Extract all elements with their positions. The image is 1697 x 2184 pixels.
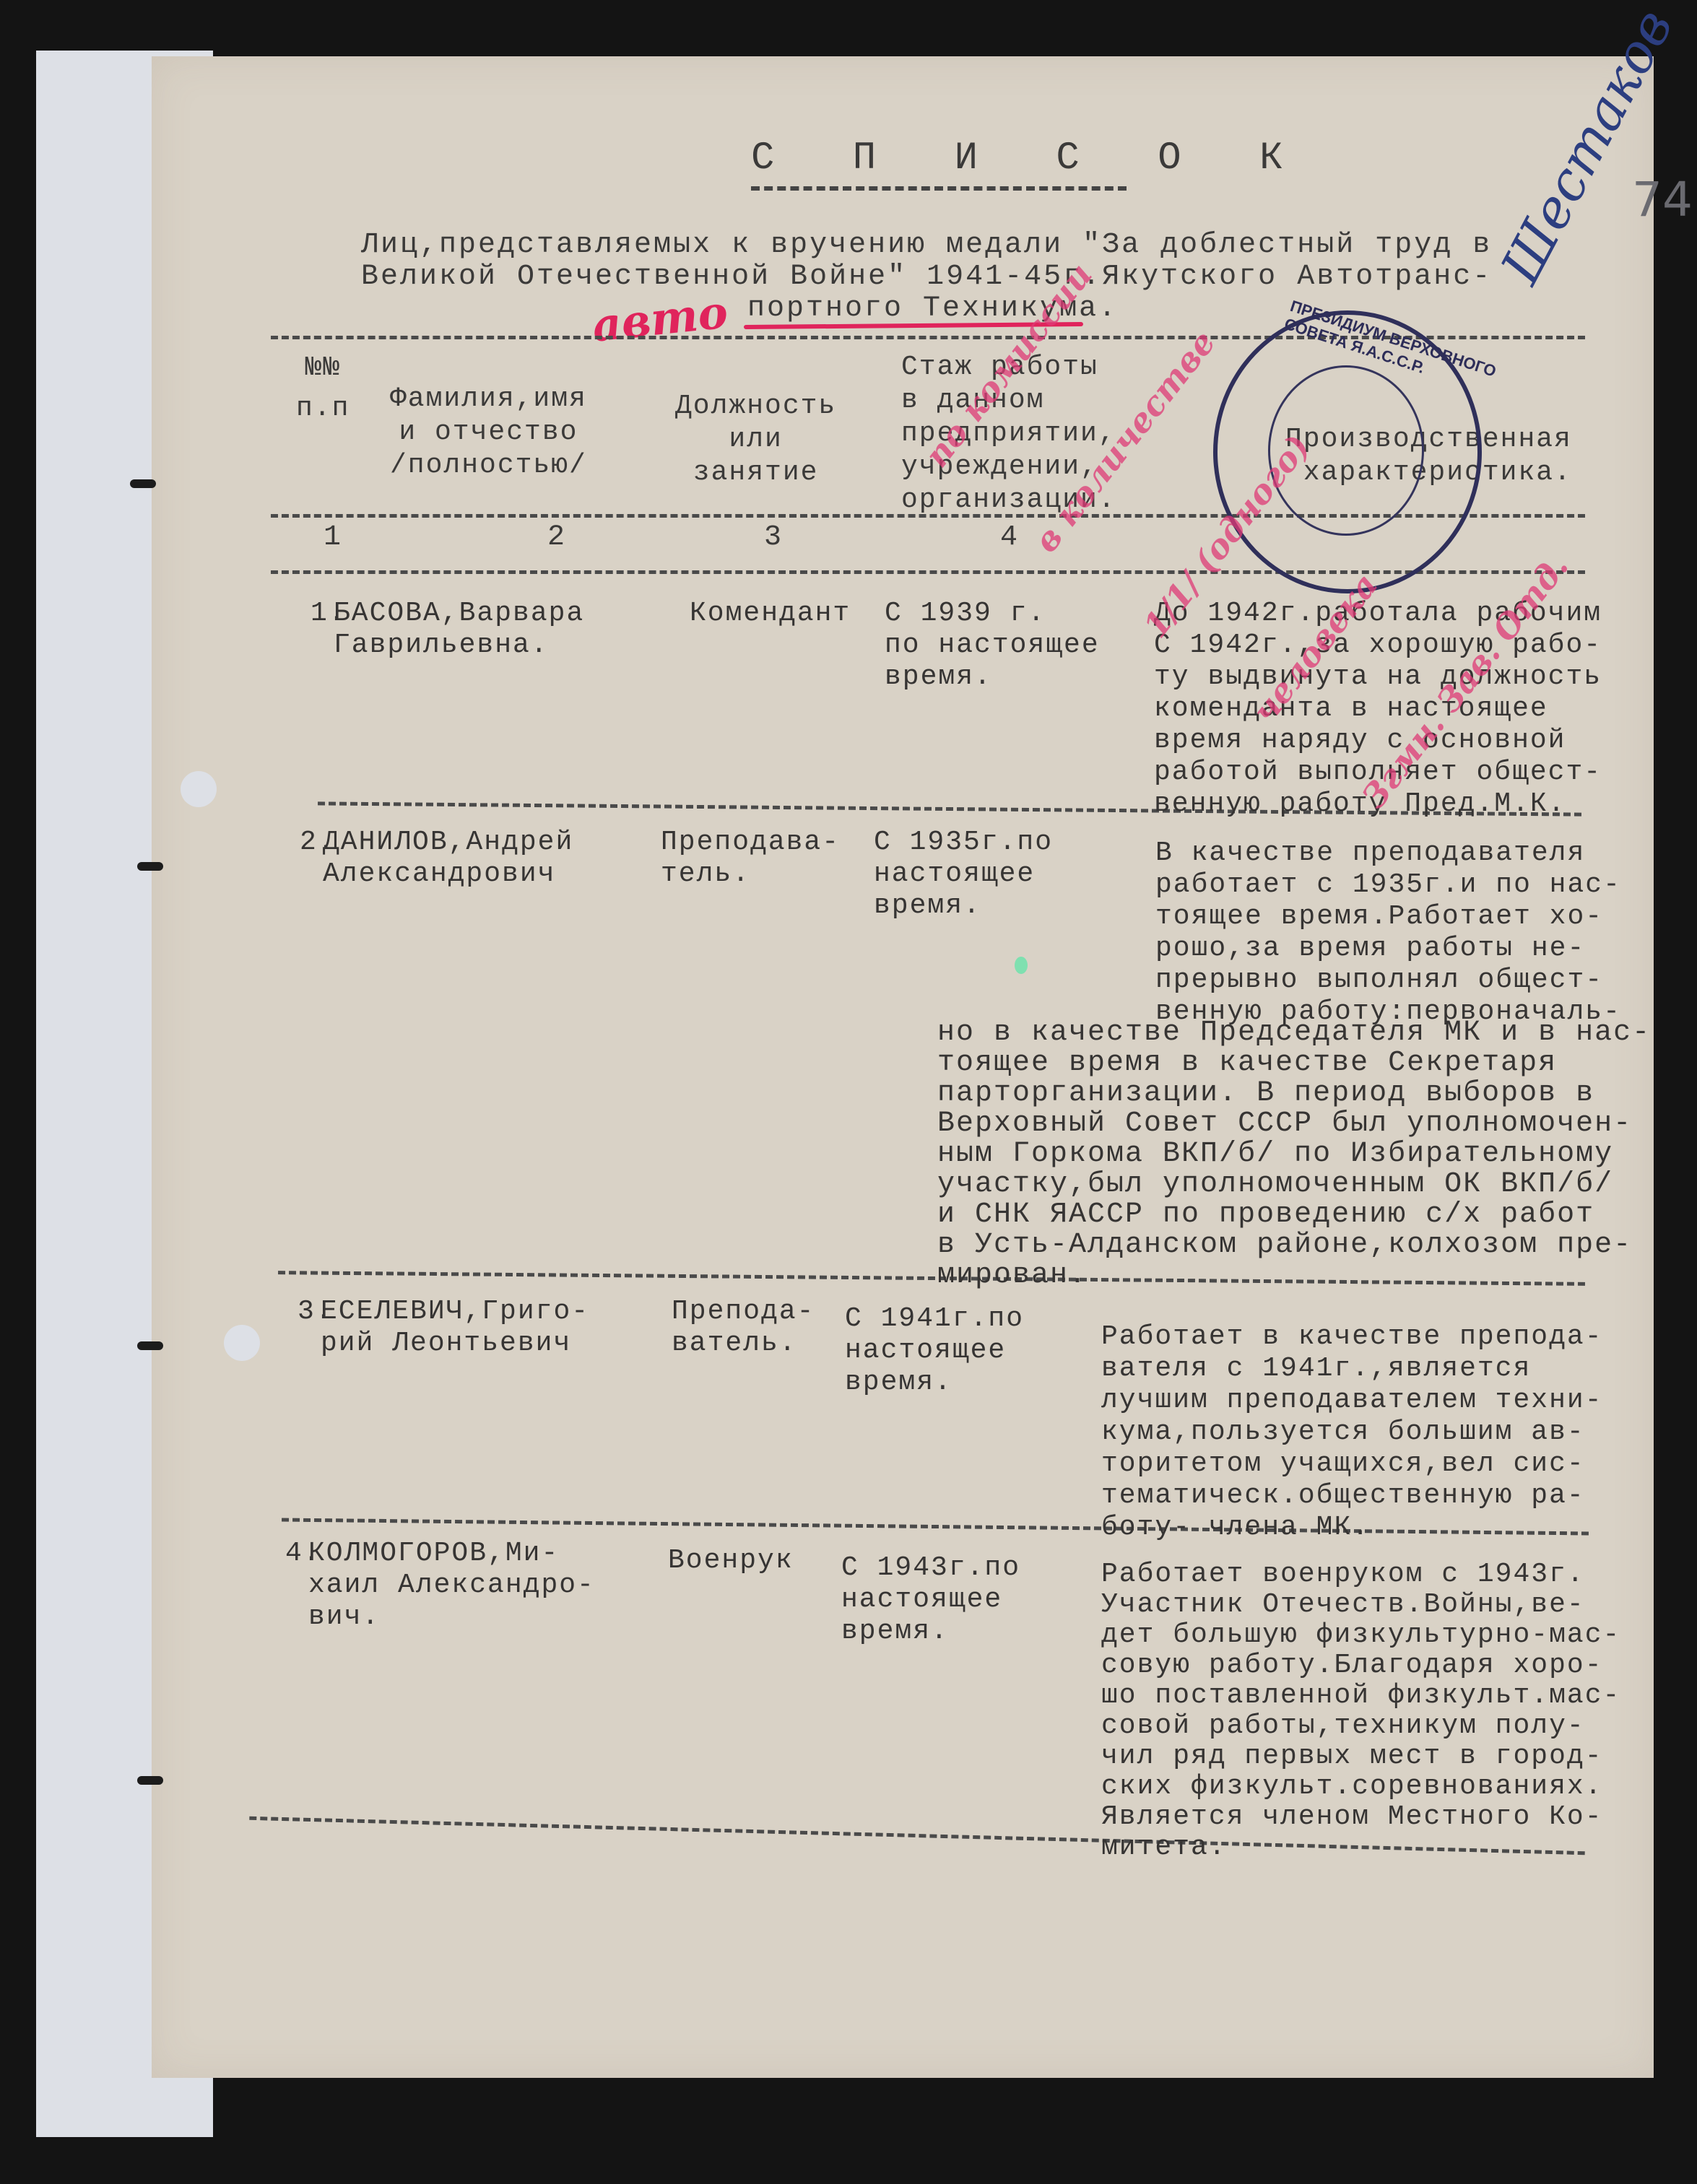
staple-hole xyxy=(137,1776,163,1785)
row-characteristic: В качестве преподавателя работает с 1935… xyxy=(1155,838,1621,1028)
row-characteristic-continued: но в качестве Председателя МК и в нас- т… xyxy=(937,1018,1651,1291)
punch-hole xyxy=(181,771,217,807)
column-number: 2 xyxy=(547,521,565,554)
row-name: ДАНИЛОВ,Андрей Александрович xyxy=(323,827,573,890)
column-number: 1 xyxy=(324,521,341,554)
staple-hole xyxy=(137,862,163,871)
header-position: Должность или занятие xyxy=(675,390,836,490)
resolution-line: 1/1/ (одного) xyxy=(1133,220,1480,647)
staple-hole xyxy=(137,1341,163,1350)
row-name: КОЛМОГОРОВ,Ми- хаил Александро- вич. xyxy=(308,1538,595,1633)
row-position: Военрук xyxy=(668,1545,794,1577)
row-position: Комендант xyxy=(690,598,851,630)
row-tenure: С 1939 г. по настоящее время. xyxy=(885,598,1100,693)
row-name: ЕСЕЛЕВИЧ,Григо- рий Леонтьевич xyxy=(321,1296,589,1359)
marker-dot xyxy=(1015,957,1028,974)
header-name: Фамилия,имя и отчество /полностью/ xyxy=(390,383,587,482)
row-name: БАСОВА,Варвара Гаврильевна. xyxy=(334,598,584,661)
row-characteristic: Работает военруком с 1943г. Участник Оте… xyxy=(1101,1559,1620,1863)
resolution-line: в количестве xyxy=(1023,135,1371,562)
row-characteristic: Работает в качестве препода- вателя с 19… xyxy=(1101,1321,1603,1544)
row-tenure: С 1935г.по настоящее время. xyxy=(874,827,1053,922)
resolution-line: человека xyxy=(1242,306,1589,733)
punch-hole xyxy=(224,1325,260,1361)
column-number: 3 xyxy=(764,521,781,554)
page-number: 74 xyxy=(1632,172,1693,227)
staple-hole xyxy=(130,479,156,488)
row-position: Преподава- тель. xyxy=(661,827,840,890)
row-tenure: С 1943г.по настоящее время. xyxy=(841,1552,1020,1648)
header-index: №№ п.п xyxy=(296,348,350,429)
row-position: Препода- ватель. xyxy=(672,1296,815,1359)
row-tenure: С 1941г.по настоящее время. xyxy=(845,1303,1024,1398)
